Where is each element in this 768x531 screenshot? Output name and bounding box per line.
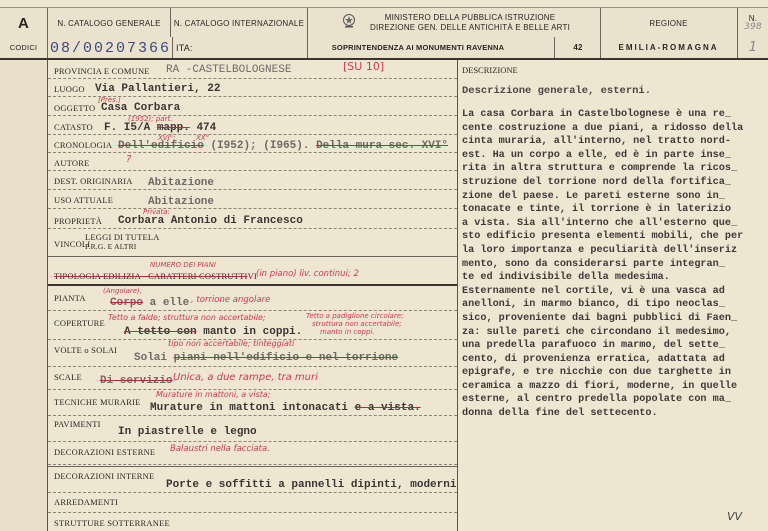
- cronologia-label: CRONOLOGIA: [54, 140, 112, 150]
- regione-label: REGIONE: [601, 8, 736, 38]
- row-decorazioni-interne: DECORAZIONI INTERNE Porte e soffitti a p…: [48, 466, 457, 493]
- provincia-label: PROVINCIA E COMUNE: [54, 66, 150, 76]
- header-row-1: A N. CATALOGO GENERALE N. CATALOGO INTER…: [0, 7, 768, 39]
- ministero-line-2: DIREZIONE GEN. DELLE ANTICHITÀ E BELLE A…: [370, 23, 570, 33]
- descrizione-panel: DESCRIZIONE Descrizione generale, estern…: [457, 60, 768, 531]
- descrizione-label: DESCRIZIONE: [462, 65, 518, 75]
- decorazioni-interne-label: DECORAZIONI INTERNE: [54, 471, 154, 481]
- pianta-label: PIANTA: [54, 293, 86, 303]
- scale-label: SCALE: [54, 372, 82, 382]
- uso-attuale-value: Abitazione: [148, 196, 214, 208]
- n-catalogo-internazionale-label: N. CATALOGO INTERNAZIONALE: [171, 8, 307, 38]
- volte-solai-label: VOLTE o SOLAI: [54, 345, 117, 355]
- emblem-icon: [342, 13, 356, 29]
- tipologia-annotation-top: NUMERO DEI PIANI: [150, 262, 216, 269]
- scale-value: Di servizio: [100, 375, 173, 387]
- tecniche-murarie-struck: e a vista.: [355, 402, 421, 414]
- row-autore: AUTORE ?: [48, 153, 457, 171]
- uso-attuale-label: USO ATTUALE: [54, 195, 113, 205]
- pianta-value: Corpo a elle: [110, 297, 189, 309]
- row-dest-originaria: DEST. ORIGINARIA Abitazione: [48, 171, 457, 190]
- row-catasto: CATASTO (1952); part. F. I5/A mapp. 474: [48, 116, 457, 135]
- row-pavimenti: PAVIMENTI In piastrelle e legno: [48, 416, 457, 442]
- row-vincoli: VINCOLI LEGGI DI TUTELA P.R.G. E ALTRI: [48, 229, 457, 257]
- cronologia-struck-2: Della mura sec. XVI°: [316, 140, 448, 152]
- provincia-value: RA -CASTELBOLOGNESE: [166, 64, 291, 76]
- coperture-annotation-1: Tetto a falde; struttura non accertabile…: [108, 314, 266, 321]
- descrizione-subtitle: Descrizione generale, esterni.: [462, 85, 651, 97]
- card-letter: A: [0, 8, 47, 38]
- decorazioni-esterne-annotation: Balaustri nella facciata.: [170, 444, 270, 454]
- row-coperture: COPERTURE Tetto a falde; struttura non a…: [48, 311, 457, 340]
- footer-mark: VV: [727, 510, 742, 523]
- autore-label: AUTORE: [54, 158, 90, 168]
- tecniche-murarie-value: Murature in mattoni intonacati e a vista…: [150, 402, 421, 414]
- coperture-annotation-2-line-1: Tetto a padiglione circolare;: [306, 313, 404, 320]
- provincia-annotation: [SU 10]: [343, 60, 384, 73]
- pianta-annotation-top: (Angolare),: [103, 288, 142, 295]
- coperture-struck: A tetto con: [124, 326, 197, 338]
- catasto-mappale: 474: [196, 122, 216, 134]
- vincoli-prg: P.R.G. E ALTRI: [85, 242, 137, 251]
- catasto-label: CATASTO: [54, 122, 93, 132]
- luogo-value: Via Pallantieri, 22: [95, 83, 220, 95]
- arredamenti-label: ARREDAMENTI: [54, 497, 118, 507]
- left-margin: [0, 60, 47, 531]
- proprieta-value: Corbara Antonio di Francesco: [118, 215, 303, 227]
- vincoli-leggi-tutela: LEGGI DI TUTELA: [85, 232, 160, 242]
- scale-annotation: Unica, a due rampe, tra muri: [173, 372, 318, 383]
- n-handwritten: 398: [744, 23, 762, 32]
- coperture-label: COPERTURE: [54, 318, 105, 328]
- tipologia-label-struck: TIPOLOGIA EDILIZIA - CARATTERI COSTRUTTI: [54, 271, 248, 281]
- row-luogo: LUOGO Via Pallantieri, 22: [48, 79, 457, 97]
- luogo-label: LUOGO: [54, 84, 85, 94]
- tecniche-murarie-text: Murature in mattoni intonacati: [150, 402, 348, 414]
- regione-value: EMILIA-ROMAGNA: [601, 37, 736, 58]
- ministero-heading: MINISTERO DELLA PUBBLICA ISTRUZIONE DIRE…: [360, 8, 580, 38]
- codici-label: CODICI: [0, 37, 47, 58]
- pavimenti-label: PAVIMENTI: [54, 419, 101, 429]
- strutture-sotterranee-label: STRUTTURE SOTTERRANEE: [54, 518, 170, 528]
- cronologia-dates: (I952); (I965).: [210, 140, 316, 152]
- row-uso-attuale: USO ATTUALE Abitazione: [48, 190, 457, 209]
- descrizione-body: La casa Corbara in Castelbolognese è una…: [462, 108, 768, 421]
- row-scale: SCALE Di servizio Unica, a due rampe, tr…: [48, 367, 457, 390]
- ministero-line-1: MINISTERO DELLA PUBBLICA ISTRUZIONE: [385, 13, 556, 23]
- cronologia-value: Dell'edificio (I952); (I965). Della mura…: [118, 140, 448, 152]
- catasto-struck: mapp.: [157, 122, 190, 134]
- catalog-card: A N. CATALOGO GENERALE N. CATALOGO INTER…: [0, 0, 768, 531]
- decorazioni-interne-value: Porte e soffitti a pannelli dipinti, mod…: [166, 479, 456, 491]
- pavimenti-value: In piastrelle e legno: [118, 426, 257, 438]
- coperture-annotation-2-line-2: struttura non accertabile;: [312, 321, 402, 328]
- proprieta-label: PROPRIETÀ: [54, 216, 102, 226]
- n-number: N. 398: [738, 8, 768, 38]
- ita-label: ITA:: [176, 37, 236, 58]
- scale-struck: Di servizio: [100, 375, 173, 387]
- coperture-annotation-2-line-3: manto in coppi.: [320, 329, 375, 336]
- dest-originaria-label: DEST. ORIGINARIA: [54, 176, 133, 186]
- header-row-2: CODICI 08/00207366 ITA: SOPRINTENDENZA A…: [0, 37, 768, 60]
- pianta-annotation: , torrione angolare: [191, 295, 270, 305]
- volte-solai-text: Solai: [134, 352, 167, 364]
- row-provincia: PROVINCIA E COMUNE RA -CASTELBOLOGNESE […: [48, 60, 457, 79]
- volte-solai-struck: piani nell'edificio e nel torrione: [174, 352, 398, 364]
- row-tecniche-murarie: TECNICHE MURARIE Murature in mattoni, a …: [48, 390, 457, 416]
- tecniche-murarie-annotation: Murature in mattoni, a vista;: [156, 391, 271, 398]
- row-arredamenti: ARREDAMENTI: [48, 492, 457, 513]
- n-catalogo-generale-label: N. CATALOGO GENERALE: [48, 8, 170, 38]
- decorazioni-esterne-label: DECORAZIONI ESTERNE: [54, 447, 155, 457]
- tipologia-label: TIPOLOGIA EDILIZIA - CARATTERI COSTRUTTI…: [54, 271, 257, 281]
- oggetto-label: OGGETTO: [54, 103, 95, 113]
- coperture-value: A tetto con manto in coppi.: [124, 326, 302, 338]
- volte-solai-annotation: tipo non accertabile; tinteggiati: [168, 340, 294, 347]
- tecniche-murarie-label: TECNICHE MURARIE: [54, 397, 141, 407]
- cronologia-struck-1: Dell'edificio: [118, 140, 204, 152]
- catasto-foglio: F. I5/A: [104, 122, 150, 134]
- row-cronologia: CRONOLOGIA XVI°; XX° Dell'edificio (I952…: [48, 135, 457, 153]
- row-tipologia: NUMERO DEI PIANI TIPOLOGIA EDILIZIA - CA…: [48, 257, 457, 286]
- oggetto-value: Casa Corbara: [101, 102, 180, 114]
- row-oggetto: OGGETTO [Pres.] Casa Corbara: [48, 97, 457, 116]
- pianta-struck: Corpo: [110, 297, 143, 309]
- pianta-text: a elle: [143, 297, 189, 309]
- row-decorazioni-esterne: DECORAZIONI ESTERNE Balaustri nella facc…: [48, 442, 457, 465]
- row-pianta: PIANTA (Angolare), Corpo a elle , torrio…: [48, 286, 457, 311]
- row-volte-solai: VOLTE o SOLAI tipo non accertabile; tint…: [48, 340, 457, 367]
- codici-value: 08/00207366: [48, 37, 172, 58]
- catasto-value: F. I5/A mapp. 474: [104, 122, 216, 134]
- coperture-text: manto in coppi.: [197, 326, 303, 338]
- fields-block: PROVINCIA E COMUNE RA -CASTELBOLOGNESE […: [47, 60, 458, 531]
- sheet-number: 1: [738, 37, 768, 58]
- row-proprieta: PROPRIETÀ Privata: Corbara Antonio di Fr…: [48, 209, 457, 229]
- soprintendenza: SOPRINTENDENZA AI MONUMENTI RAVENNA: [308, 37, 528, 58]
- tipologia-annotation: (in piano) liv. continui; 2: [256, 269, 359, 279]
- dest-originaria-value: Abitazione: [148, 177, 214, 189]
- autore-annotation: ?: [126, 154, 131, 165]
- row-strutture-sotterranee: STRUTTURE SOTTERRANEE: [48, 513, 457, 531]
- volte-solai-value: Solai piani nell'edificio e nel torrione: [134, 352, 398, 364]
